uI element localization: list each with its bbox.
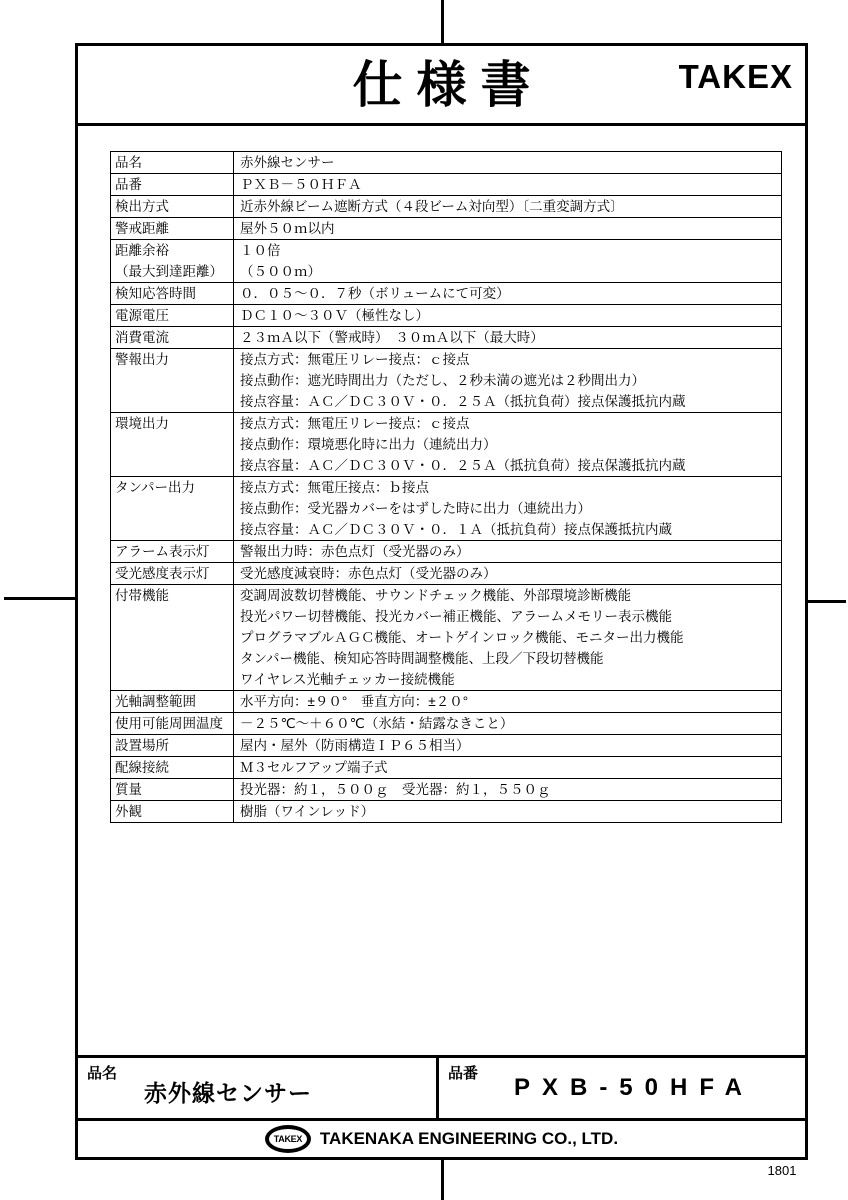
row-label-line: （最大到達距離） (111, 261, 233, 282)
row-value-line: －２５℃～＋６０℃（氷結・結露なきこと） (234, 713, 781, 734)
row-value-line: 接点容量：ＡＣ／ＤＣ３０Ｖ・０．１Ａ（抵抗負荷）接点保護抵抗内蔵 (234, 519, 781, 540)
row-value-line: ワイヤレス光軸チェッカー接続機能 (234, 669, 781, 690)
table-row: 付帯機能変調周波数切替機能、サウンドチェック機能、外部環境診断機能投光パワー切替… (111, 585, 782, 691)
spec-table-body: 品名赤外線センサー品番ＰＸＢ－５０ＨＦＡ検出方式近赤外線ビーム遮断方式（４段ビー… (111, 152, 782, 823)
row-value-line: ２３ｍＡ以下（警戒時） ３０ｍＡ以下（最大時） (234, 327, 781, 348)
table-row: アラーム表示灯警報出力時：赤色点灯（受光器のみ） (111, 541, 782, 563)
row-value: 水平方向：±９０° 垂直方向：±２０° (234, 691, 782, 713)
row-value: 変調周波数切替機能、サウンドチェック機能、外部環境診断機能投光パワー切替機能、投… (234, 585, 782, 691)
row-label: 環境出力 (111, 413, 234, 477)
table-row: タンパー出力接点方式：無電圧接点：ｂ接点接点動作：受光器カバーをはずした時に出力… (111, 477, 782, 541)
row-value: ２３ｍＡ以下（警戒時） ３０ｍＡ以下（最大時） (234, 327, 782, 349)
row-value-line: （５００ｍ） (234, 261, 781, 282)
spec-sheet: 仕様書 TAKEX 品名赤外線センサー品番ＰＸＢ－５０ＨＦＡ検出方式近赤外線ビー… (75, 43, 808, 1160)
crop-mark-right (806, 600, 846, 603)
table-row: 検出方式近赤外線ビーム遮断方式（４段ビーム対向型）〔二重変調方式〕 (111, 196, 782, 218)
takex-oval-logo-text: TAKEX (274, 1134, 302, 1144)
row-label: 使用可能周囲温度 (111, 713, 234, 735)
row-label-line: 検出方式 (111, 196, 233, 217)
row-label: 付帯機能 (111, 585, 234, 691)
row-value: －２５℃～＋６０℃（氷結・結露なきこと） (234, 713, 782, 735)
table-row: 外観樹脂（ワインレッド） (111, 801, 782, 823)
row-value-line: タンパー機能、検知応答時間調整機能、上段／下段切替機能 (234, 648, 781, 669)
doc-number: 1801 (757, 1163, 807, 1178)
row-label: 受光感度表示灯 (111, 563, 234, 585)
row-value-line: プログラマブルＡＧＣ機能、オートゲインロック機能、モニター出力機能 (234, 627, 781, 648)
row-value-line: 赤外線センサー (234, 152, 781, 173)
row-label-line: 品番 (111, 174, 233, 195)
row-value: 接点方式：無電圧リレー接点：ｃ接点接点動作：環境悪化時に出力（連続出力）接点容量… (234, 413, 782, 477)
row-value-line: ＰＸＢ－５０ＨＦＡ (234, 174, 781, 195)
row-label-line: 質量 (111, 779, 233, 800)
row-label-line: 使用可能周囲温度 (111, 713, 233, 734)
table-row: 検知応答時間０．０５～０．７秒（ボリュームにて可変） (111, 283, 782, 305)
company-name: TAKENAKA ENGINEERING CO., LTD. (320, 1129, 618, 1149)
row-value: 受光感度減衰時：赤色点灯（受光器のみ） (234, 563, 782, 585)
row-label: 消費電流 (111, 327, 234, 349)
row-label-line: 距離余裕 (111, 240, 233, 261)
table-row: 質量投光器：約１，５００ｇ 受光器：約１，５５０ｇ (111, 779, 782, 801)
row-label-line: 消費電流 (111, 327, 233, 348)
takex-oval-logo-icon: TAKEX (265, 1125, 311, 1153)
product-name-value: 赤外線センサー (144, 1075, 312, 1108)
table-row: 使用可能周囲温度－２５℃～＋６０℃（氷結・結露なきこと） (111, 713, 782, 735)
row-value-line: Ｍ３セルフアップ端子式 (234, 757, 781, 778)
row-label: 検出方式 (111, 196, 234, 218)
row-value-line: 接点容量：ＡＣ／ＤＣ３０Ｖ・０．２５Ａ（抵抗負荷）接点保護抵抗内蔵 (234, 391, 781, 412)
row-label-line: タンパー出力 (111, 477, 233, 498)
row-value-line: ＤＣ１０～３０Ｖ（極性なし） (234, 305, 781, 326)
row-value-line: 変調周波数切替機能、サウンドチェック機能、外部環境診断機能 (234, 585, 781, 606)
row-label-line: 品名 (111, 152, 233, 173)
row-label: 質量 (111, 779, 234, 801)
row-value-line: 屋外５０ｍ以内 (234, 218, 781, 239)
row-value: 投光器：約１，５００ｇ 受光器：約１，５５０ｇ (234, 779, 782, 801)
row-label: 外観 (111, 801, 234, 823)
row-value-line: 接点動作：環境悪化時に出力（連続出力） (234, 434, 781, 455)
row-label-line: 電源電圧 (111, 305, 233, 326)
row-value: 樹脂（ワインレッド） (234, 801, 782, 823)
crop-mark-bottom (441, 1160, 444, 1200)
row-value: 屋外５０ｍ以内 (234, 218, 782, 240)
row-label: 距離余裕（最大到達距離） (111, 240, 234, 283)
row-label: 光軸調整範囲 (111, 691, 234, 713)
row-value-line: １０倍 (234, 240, 781, 261)
product-name-label: 品名 (87, 1062, 117, 1083)
table-row: 警戒距離屋外５０ｍ以内 (111, 218, 782, 240)
table-row: 距離余裕（最大到達距離）１０倍（５００ｍ） (111, 240, 782, 283)
row-value-line: 接点動作：遮光時間出力（ただし、２秒未満の遮光は２秒間出力） (234, 370, 781, 391)
table-row: 受光感度表示灯受光感度減衰時：赤色点灯（受光器のみ） (111, 563, 782, 585)
row-value-line: 投光器：約１，５００ｇ 受光器：約１，５５０ｇ (234, 779, 781, 800)
row-value: １０倍（５００ｍ） (234, 240, 782, 283)
row-value-line: 近赤外線ビーム遮断方式（４段ビーム対向型）〔二重変調方式〕 (234, 196, 781, 217)
crop-mark-left (4, 597, 75, 600)
table-row: 警報出力接点方式：無電圧リレー接点：ｃ接点接点動作：遮光時間出力（ただし、２秒未… (111, 349, 782, 413)
row-value-line: 接点容量：ＡＣ／ＤＣ３０Ｖ・０．２５Ａ（抵抗負荷）接点保護抵抗内蔵 (234, 455, 781, 476)
row-value-line: 接点方式：無電圧リレー接点：ｃ接点 (234, 349, 781, 370)
company-bar: TAKEX TAKENAKA ENGINEERING CO., LTD. (78, 1121, 805, 1157)
row-label-line: 環境出力 (111, 413, 233, 434)
row-label: アラーム表示灯 (111, 541, 234, 563)
row-label-line: 受光感度表示灯 (111, 563, 233, 584)
table-row: 品名赤外線センサー (111, 152, 782, 174)
row-label-line: 配線接続 (111, 757, 233, 778)
row-value-line: 屋内・屋外（防雨構造ＩＰ６５相当） (234, 735, 781, 756)
row-label: 電源電圧 (111, 305, 234, 327)
spec-area: 品名赤外線センサー品番ＰＸＢ－５０ＨＦＡ検出方式近赤外線ビーム遮断方式（４段ビー… (78, 126, 805, 1058)
row-value: 接点方式：無電圧接点：ｂ接点接点動作：受光器カバーをはずした時に出力（連続出力）… (234, 477, 782, 541)
product-number-cell: 品番 PXB-50HFA (439, 1058, 805, 1118)
row-value: ０．０５～０．７秒（ボリュームにて可変） (234, 283, 782, 305)
row-value: Ｍ３セルフアップ端子式 (234, 757, 782, 779)
product-name-cell: 品名 赤外線センサー (78, 1058, 439, 1118)
row-value-line: 接点方式：無電圧接点：ｂ接点 (234, 477, 781, 498)
table-row: 環境出力接点方式：無電圧リレー接点：ｃ接点接点動作：環境悪化時に出力（連続出力）… (111, 413, 782, 477)
row-value-line: 接点動作：受光器カバーをはずした時に出力（連続出力） (234, 498, 781, 519)
row-label: 警戒距離 (111, 218, 234, 240)
row-value: 近赤外線ビーム遮断方式（４段ビーム対向型）〔二重変調方式〕 (234, 196, 782, 218)
table-row: 配線接続Ｍ３セルフアップ端子式 (111, 757, 782, 779)
row-value-line: 樹脂（ワインレッド） (234, 801, 781, 822)
row-value-line: 投光パワー切替機能、投光カバー補正機能、アラームメモリー表示機能 (234, 606, 781, 627)
row-label: 検知応答時間 (111, 283, 234, 305)
table-row: 電源電圧ＤＣ１０～３０Ｖ（極性なし） (111, 305, 782, 327)
row-label: 警報出力 (111, 349, 234, 413)
row-label-line: 光軸調整範囲 (111, 691, 233, 712)
row-label-line: 警戒距離 (111, 218, 233, 239)
row-label-line: 検知応答時間 (111, 283, 233, 304)
row-label: 設置場所 (111, 735, 234, 757)
spec-table: 品名赤外線センサー品番ＰＸＢ－５０ＨＦＡ検出方式近赤外線ビーム遮断方式（４段ビー… (110, 151, 782, 823)
crop-mark-top (441, 0, 444, 43)
row-label-line: 警報出力 (111, 349, 233, 370)
row-value-line: 警報出力時：赤色点灯（受光器のみ） (234, 541, 781, 562)
table-row: 消費電流２３ｍＡ以下（警戒時） ３０ｍＡ以下（最大時） (111, 327, 782, 349)
row-value-line: 受光感度減衰時：赤色点灯（受光器のみ） (234, 563, 781, 584)
row-value: 接点方式：無電圧リレー接点：ｃ接点接点動作：遮光時間出力（ただし、２秒未満の遮光… (234, 349, 782, 413)
row-label-line: 付帯機能 (111, 585, 233, 606)
row-label-line: 外観 (111, 801, 233, 822)
product-number-value: PXB-50HFA (439, 1074, 805, 1102)
row-label: 品番 (111, 174, 234, 196)
table-row: 品番ＰＸＢ－５０ＨＦＡ (111, 174, 782, 196)
title-band: 仕様書 TAKEX (78, 46, 805, 126)
row-label: 品名 (111, 152, 234, 174)
table-row: 光軸調整範囲水平方向：±９０° 垂直方向：±２０° (111, 691, 782, 713)
row-value-line: ０．０５～０．７秒（ボリュームにて可変） (234, 283, 781, 304)
row-value-line: 接点方式：無電圧リレー接点：ｃ接点 (234, 413, 781, 434)
row-value-line: 水平方向：±９０° 垂直方向：±２０° (234, 691, 781, 712)
row-value: ＰＸＢ－５０ＨＦＡ (234, 174, 782, 196)
row-label-line: アラーム表示灯 (111, 541, 233, 562)
product-id-box: 品名 赤外線センサー 品番 PXB-50HFA (78, 1058, 805, 1121)
row-value: 屋内・屋外（防雨構造ＩＰ６５相当） (234, 735, 782, 757)
row-label-line: 設置場所 (111, 735, 233, 756)
row-value: 赤外線センサー (234, 152, 782, 174)
row-value: 警報出力時：赤色点灯（受光器のみ） (234, 541, 782, 563)
takex-logo: TAKEX (679, 58, 793, 96)
row-label: タンパー出力 (111, 477, 234, 541)
row-value: ＤＣ１０～３０Ｖ（極性なし） (234, 305, 782, 327)
row-label: 配線接続 (111, 757, 234, 779)
table-row: 設置場所屋内・屋外（防雨構造ＩＰ６５相当） (111, 735, 782, 757)
